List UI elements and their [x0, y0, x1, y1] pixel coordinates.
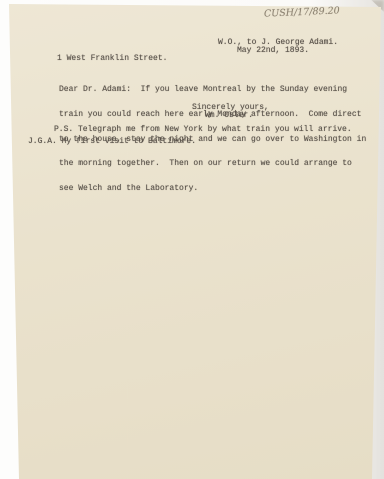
- scanned-letter-page: CUSH/17/89.20 W.O., to J. George Adami. …: [0, 0, 384, 479]
- letter-body-line: see Welch and the Laboratory.: [59, 185, 366, 193]
- letter-archivist-note: J.G.A. My first visit to Baltimore.: [28, 138, 196, 146]
- letter-postscript: P.S. Telegraph me from New York by what …: [54, 126, 352, 134]
- letter-signature: Wm. Osler.: [205, 112, 253, 120]
- archival-reference-annotation: CUSH/17/89.20: [264, 5, 340, 19]
- letter-heading-date: May 22nd, 1893.: [237, 47, 309, 55]
- letter-content: CUSH/17/89.20 W.O., to J. George Adami. …: [0, 0, 384, 479]
- letter-body-line: Dear Dr. Adami: If you leave Montreal by…: [59, 86, 366, 94]
- letter-address: 1 West Franklin Street.: [57, 55, 167, 63]
- letter-body-line: the morning together. Then on our return…: [59, 160, 366, 168]
